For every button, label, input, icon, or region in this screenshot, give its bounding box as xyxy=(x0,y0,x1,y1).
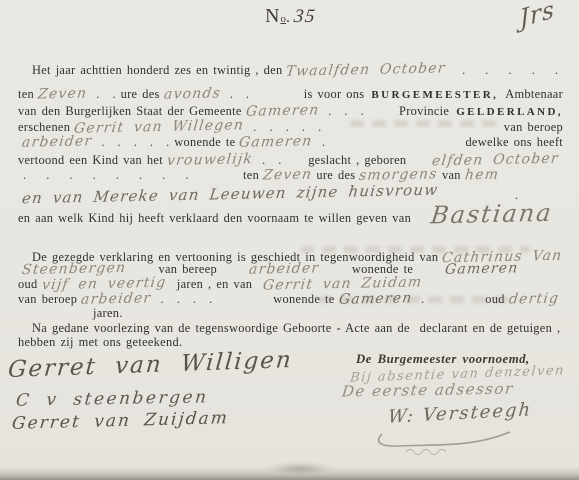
signature-official: W: Versteegh xyxy=(387,399,533,428)
printed-text: Provincie xyxy=(399,103,449,119)
act-line: oud vijf en veertig jaren , en van Gerri… xyxy=(18,276,563,292)
handwritten-birth-hour: Zeven xyxy=(258,166,317,183)
filler-dots: . . xyxy=(257,152,286,168)
printed-text: is voor ons xyxy=(304,86,365,102)
signature-declarant: Gerret van Willigen xyxy=(7,347,294,383)
handwritten-parent-ref: hem xyxy=(460,167,504,184)
printed-text: erschenen xyxy=(18,119,70,135)
act-line: jaren. xyxy=(18,305,563,321)
printed-text: van beroep xyxy=(504,119,563,135)
filler-dots: . . . . . xyxy=(96,134,174,150)
signature-flourish xyxy=(372,426,522,456)
printed-text: hebben zij met ons geteekend. xyxy=(18,334,182,350)
printed-text: Ambtenaar xyxy=(505,86,563,102)
corner-paraph: Jrs xyxy=(518,0,555,33)
act-line: van den Burgerlijken Staat der Gemeente … xyxy=(18,103,563,120)
handwritten-date: Twaalfden October xyxy=(282,60,451,80)
handwritten-profession: arbeider xyxy=(17,133,97,151)
filler-dots: . . . . . . . . xyxy=(18,167,193,183)
act-line: Het jaar achttien honderd zes en twintig… xyxy=(18,62,563,78)
printed-text: dewelke ons heeft xyxy=(465,134,563,150)
printed-text: oud xyxy=(18,276,38,292)
act-number: No. 35 xyxy=(18,8,563,27)
printed-text: en aan welk Kind hij heeft verklaard den… xyxy=(18,210,411,226)
handwritten-child-name: Bastiana xyxy=(426,205,564,224)
handwritten-municipality: Gameren xyxy=(241,102,324,120)
act-number-value: 35 xyxy=(293,9,317,25)
filler-dots: . . . xyxy=(323,103,369,119)
printed-text: Het jaar achttien honderd zes en twintig… xyxy=(18,62,282,78)
printed-text: jaren , en van xyxy=(177,276,252,292)
bleedthrough-mark xyxy=(300,246,530,253)
printed-text: ten xyxy=(243,167,259,183)
printed-text: wonende te xyxy=(174,134,235,150)
bleedthrough-mark xyxy=(318,296,518,303)
act-number-prefix: N xyxy=(265,8,280,24)
printed-text: van den Burgerlijken Staat der Gemeente xyxy=(18,103,242,119)
printed-text: vertoond een Kind van het xyxy=(18,152,163,168)
printed-text: GELDERLAND, xyxy=(456,104,563,120)
act-line: en aan welk Kind hij heeft verklaard den… xyxy=(18,206,563,226)
filler-dots: . . xyxy=(91,86,120,102)
printed-text: jaren. xyxy=(18,305,123,321)
printed-text: ten xyxy=(18,86,34,102)
act-line: arbeider . . . . . wonende te Gameren . … xyxy=(18,134,563,150)
handwritten-hour: Zeven xyxy=(33,85,92,102)
act-line: ten Zeven . . ure des avonds . . is voor… xyxy=(18,86,563,103)
bleedthrough-mark xyxy=(350,120,500,127)
act-line: vertoond een Kind van het vrouwelijk . .… xyxy=(18,152,563,168)
handwritten-residence: Gameren xyxy=(235,133,318,151)
birth-certificate-scan: No. 35 Jrs Het jaar achttien honderd zes… xyxy=(0,0,579,480)
filler-dots: . . . . . xyxy=(457,62,563,78)
handwritten-daypart: avonds xyxy=(159,85,226,102)
printed-text: van xyxy=(442,167,461,183)
scan-edge-shading xyxy=(0,466,579,480)
filler-dots: . xyxy=(317,134,330,150)
signature-witness-1: C v steenbergen xyxy=(15,387,210,410)
signature-witness-2: Gerret van Zuijdam xyxy=(11,408,230,434)
printed-text: ure des xyxy=(316,167,355,183)
handwritten-mother-name: en van Mereke van Leeuwen zijne huisvrou… xyxy=(17,182,443,207)
adsessor-note: De eerste adsessor xyxy=(341,379,515,400)
printed-text: BURGEMEESTER, xyxy=(371,87,498,103)
printed-text: ure des xyxy=(121,86,160,102)
act-line: Steenbergen van bereep arbeider wonende … xyxy=(18,261,563,277)
act-line: . . . . . . . . ten Zeven ure des smorge… xyxy=(18,167,563,183)
filler-dots: . . xyxy=(225,86,254,102)
printed-text: geslacht , geboren xyxy=(308,152,406,168)
